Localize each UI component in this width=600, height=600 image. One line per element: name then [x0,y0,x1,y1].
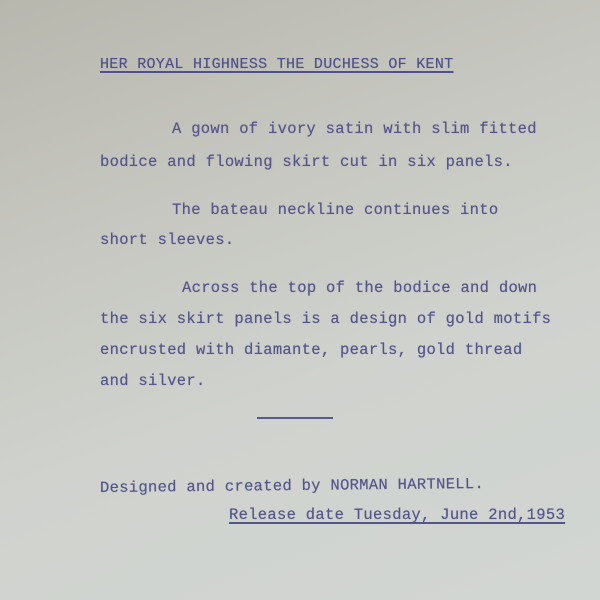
paragraph-3-line-3: encrusted with diamante, pearls, gold th… [100,341,522,359]
paragraph-2-line-1: The bateau neckline continues into [172,201,498,219]
paragraph-2-line-2: short sleeves. [100,231,234,249]
designer-credit: Designed and created by NORMAN HARTNELL. [100,475,484,497]
paragraph-3-line-4: and silver. [100,372,206,390]
paragraph-1-line-2: bodice and flowing skirt cut in six pane… [100,153,513,171]
paragraph-1-line-1: A gown of ivory satin with slim fitted [172,120,537,138]
paragraph-3-line-1: Across the top of the bodice and down [182,279,537,297]
section-divider [257,417,333,419]
document-heading: HER ROYAL HIGHNESS THE DUCHESS OF KENT [100,56,453,73]
typewritten-page: HER ROYAL HIGHNESS THE DUCHESS OF KENT A… [0,0,600,600]
paragraph-3-line-2: the six skirt panels is a design of gold… [100,310,551,328]
release-date: Release date Tuesday, June 2nd,1953 [229,506,565,524]
